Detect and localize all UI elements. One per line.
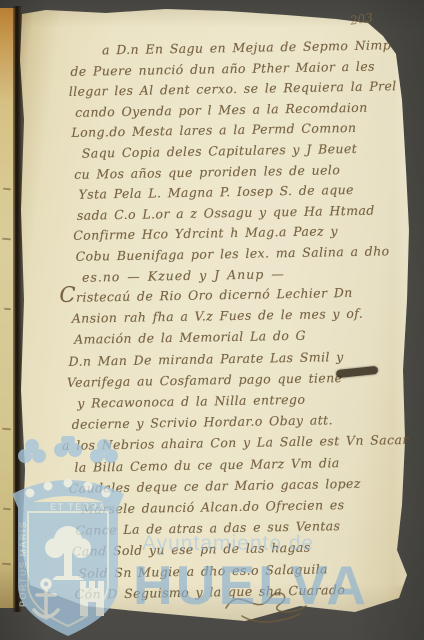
faint-ink-mark bbox=[3, 508, 11, 511]
faint-ink-mark bbox=[4, 308, 11, 310]
manuscript-paragraph-2: Cristecaú de Rio Oro dicernó Lechier DnA… bbox=[59, 281, 408, 605]
binding-gutter-shadow bbox=[13, 6, 22, 612]
faint-ink-mark bbox=[2, 238, 11, 241]
archive-scan-page: 203 a D.n En Sagu en Mejua de Sepmo Nimp… bbox=[0, 0, 424, 640]
faint-ink-mark bbox=[3, 188, 11, 191]
faint-ink-mark bbox=[2, 563, 11, 566]
manuscript-paragraph-1: a D.n En Sagu en Mejua de Sepmo Nimpde P… bbox=[68, 35, 408, 288]
faint-ink-mark bbox=[2, 428, 11, 431]
signature-flourish bbox=[222, 582, 318, 626]
